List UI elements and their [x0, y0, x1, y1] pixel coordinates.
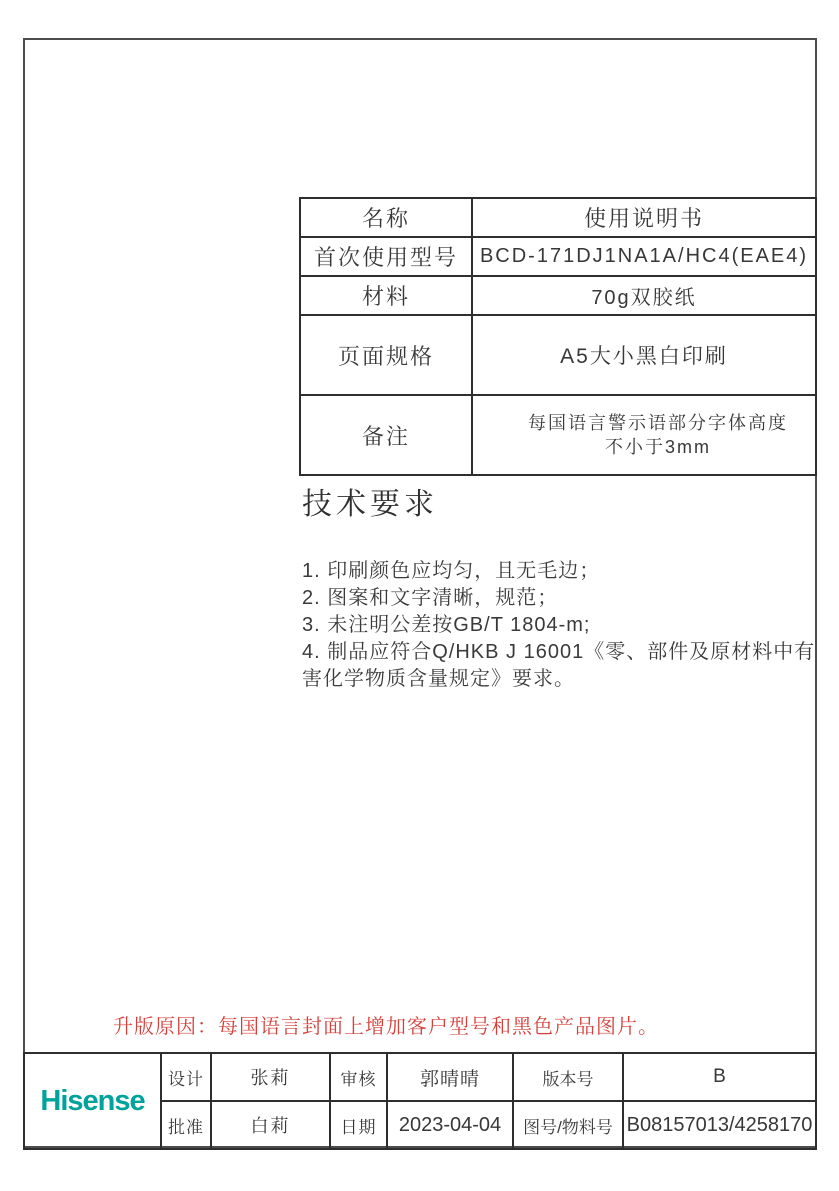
date-label: 日期 — [330, 1101, 387, 1149]
spec-value-name: 使用说明书 — [472, 198, 816, 237]
title-block: Hisense 设计 张莉 审核 郭晴晴 版本号 B 批准 白莉 日期 2023… — [23, 1052, 817, 1150]
partno-value: B08157013/4258170 — [623, 1101, 816, 1149]
version-value: B — [623, 1053, 816, 1101]
table-row: 名称 使用说明书 — [300, 198, 816, 237]
spec-value-pagespec: A5大小黑白印刷 — [472, 315, 816, 395]
table-row: 备注 每国语言警示语部分字体高度不小于3mm — [300, 395, 816, 475]
table-row: 材料 70g双胶纸 — [300, 276, 816, 315]
date-value: 2023-04-04 — [387, 1101, 513, 1149]
spec-label-pagespec: 页面规格 — [300, 315, 472, 395]
review-label: 审核 — [330, 1053, 387, 1101]
revision-note: 升版原因：每国语言封面上增加客户型号和黑色产品图片。 — [113, 1010, 659, 1039]
spec-label-model: 首次使用型号 — [300, 237, 472, 276]
logo-cell: Hisense — [24, 1053, 161, 1149]
review-value: 郭晴晴 — [387, 1053, 513, 1101]
table-row: 首次使用型号 BCD-171DJ1NA1A/HC4(EAE4) — [300, 237, 816, 276]
version-label: 版本号 — [513, 1053, 623, 1101]
spec-value-model: BCD-171DJ1NA1A/HC4(EAE4) — [472, 237, 816, 276]
design-value: 张莉 — [211, 1053, 330, 1101]
hisense-logo: Hisense — [40, 1085, 144, 1117]
scanned-spec-sheet: { "spec_table": { "rows": [ { "label": "… — [0, 0, 839, 1191]
spec-value-remark: 每国语言警示语部分字体高度不小于3mm — [472, 395, 816, 475]
design-label: 设计 — [161, 1053, 211, 1101]
table-row: 页面规格 A5大小黑白印刷 — [300, 315, 816, 395]
spec-table: 名称 使用说明书 首次使用型号 BCD-171DJ1NA1A/HC4(EAE4)… — [299, 197, 817, 476]
tech-requirement-item: 2. 图案和文字清晰，规范； — [302, 585, 816, 612]
approve-value: 白莉 — [211, 1101, 330, 1149]
tech-requirement-item: 3. 未注明公差按GB/T 1804-m; — [302, 612, 816, 639]
spec-value-material: 70g双胶纸 — [472, 276, 816, 315]
partno-label: 图号/物料号 — [513, 1101, 623, 1149]
tech-requirements-list: 1. 印刷颜色应均匀，且无毛边； 2. 图案和文字清晰，规范； 3. 未注明公差… — [302, 558, 816, 693]
approve-label: 批准 — [161, 1101, 211, 1149]
table-row: Hisense 设计 张莉 审核 郭晴晴 版本号 B — [24, 1053, 816, 1101]
spec-label-name: 名称 — [300, 198, 472, 237]
spec-label-remark: 备注 — [300, 395, 472, 475]
tech-requirement-item: 4. 制品应符合Q/HKB J 16001《零、部件及原材料中有害化学物质含量规… — [302, 639, 816, 693]
tech-requirement-item: 1. 印刷颜色应均匀，且无毛边； — [302, 558, 816, 585]
tech-requirements-title: 技术要求 — [302, 479, 438, 523]
spec-label-material: 材料 — [300, 276, 472, 315]
